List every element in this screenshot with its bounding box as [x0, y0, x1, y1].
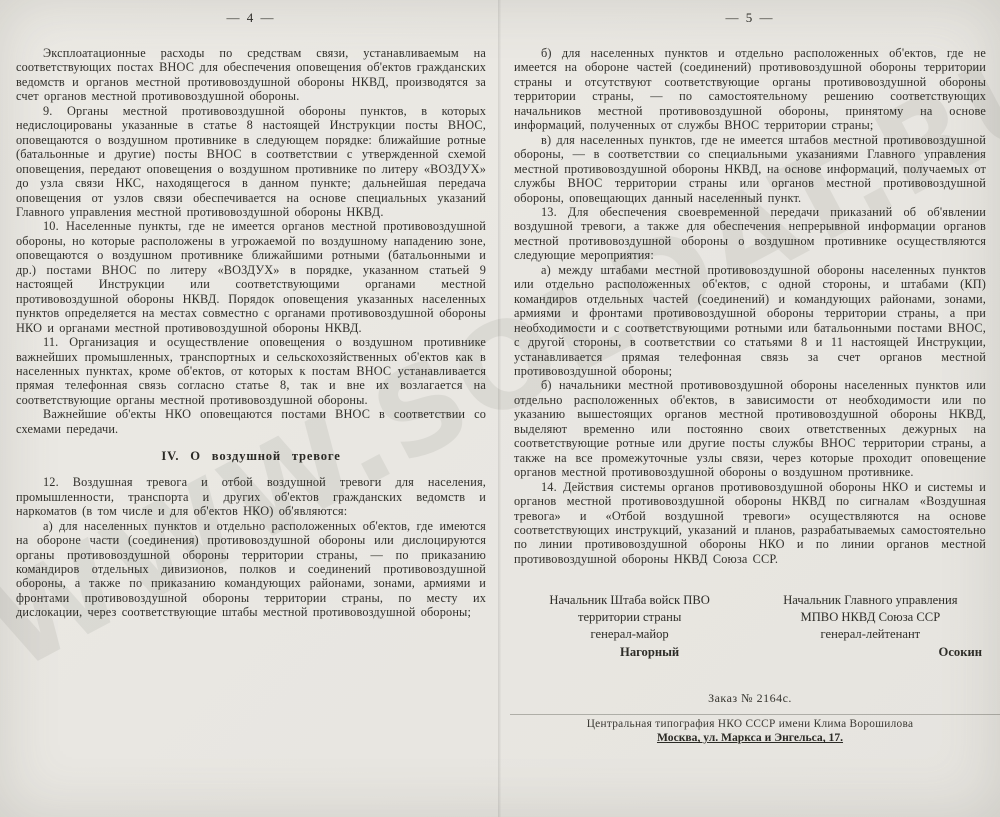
page-4: — 4 — Эксплоатационные расходы по средст…	[0, 0, 498, 817]
signature-left-subtitle: территории страны	[514, 609, 745, 626]
signature-right: Начальник Главного управления МПВО НКВД …	[755, 592, 986, 661]
paragraph: 11. Организация и осуществление оповещен…	[16, 335, 486, 407]
signature-block: Начальник Штаба войск ПВО территории стр…	[514, 592, 986, 661]
signature-right-subtitle: МПВО НКВД Союза ССР	[755, 609, 986, 626]
footer-divider	[510, 714, 1000, 715]
paragraph: б) для населенных пунктов и отдельно рас…	[514, 46, 986, 133]
page-gutter	[498, 0, 501, 817]
paragraph: в) для населенных пунктов, где не имеетс…	[514, 133, 986, 205]
paragraph: а) между штабами местной противовоздушно…	[514, 263, 986, 379]
signature-left-rank: генерал-майор	[514, 626, 745, 643]
signature-left-name: Нагорный	[514, 644, 745, 661]
page-4-body: Эксплоатационные расходы по средствам св…	[16, 46, 486, 620]
document-scan: WWW.SOLDAT.RU — 4 — Эксплоатационные рас…	[0, 0, 1000, 817]
paragraph: 9. Органы местной противовоздушной оборо…	[16, 104, 486, 220]
printer-address: Москва, ул. Маркса и Энгельса, 17.	[514, 731, 986, 744]
signature-right-name: Осокин	[755, 644, 986, 661]
paragraph: 13. Для обеспечения своевременной переда…	[514, 205, 986, 263]
paragraph: б) начальники местной противовоздушной о…	[514, 378, 986, 479]
signature-left: Начальник Штаба войск ПВО территории стр…	[514, 592, 745, 661]
signature-right-title: Начальник Главного управления	[755, 592, 986, 609]
page-5-body: б) для населенных пунктов и отдельно рас…	[514, 46, 986, 566]
signature-right-rank: генерал-лейтенант	[755, 626, 986, 643]
paragraph: 12. Воздушная тревога и отбой воздушной …	[16, 475, 486, 518]
paragraph: 14. Действия системы органов противовозд…	[514, 480, 986, 567]
paragraph: Важнейшие об'екты НКО оповещаются постам…	[16, 407, 486, 436]
section-heading: IV. О воздушной тревоге	[16, 449, 486, 464]
signature-left-title: Начальник Штаба войск ПВО	[514, 592, 745, 609]
page-number: — 4 —	[16, 10, 486, 26]
printer-name: Центральная типография НКО СССР имени Кл…	[514, 718, 986, 730]
page-number: — 5 —	[514, 10, 986, 26]
paragraph: а) для населенных пунктов и отдельно рас…	[16, 519, 486, 620]
paragraph: Эксплоатационные расходы по средствам св…	[16, 46, 486, 104]
paragraph: 10. Населенные пункты, где не имеется ор…	[16, 219, 486, 335]
page-5: — 5 — б) для населенных пунктов и отдель…	[502, 0, 1000, 817]
print-order-number: Заказ № 2164с.	[514, 691, 986, 706]
